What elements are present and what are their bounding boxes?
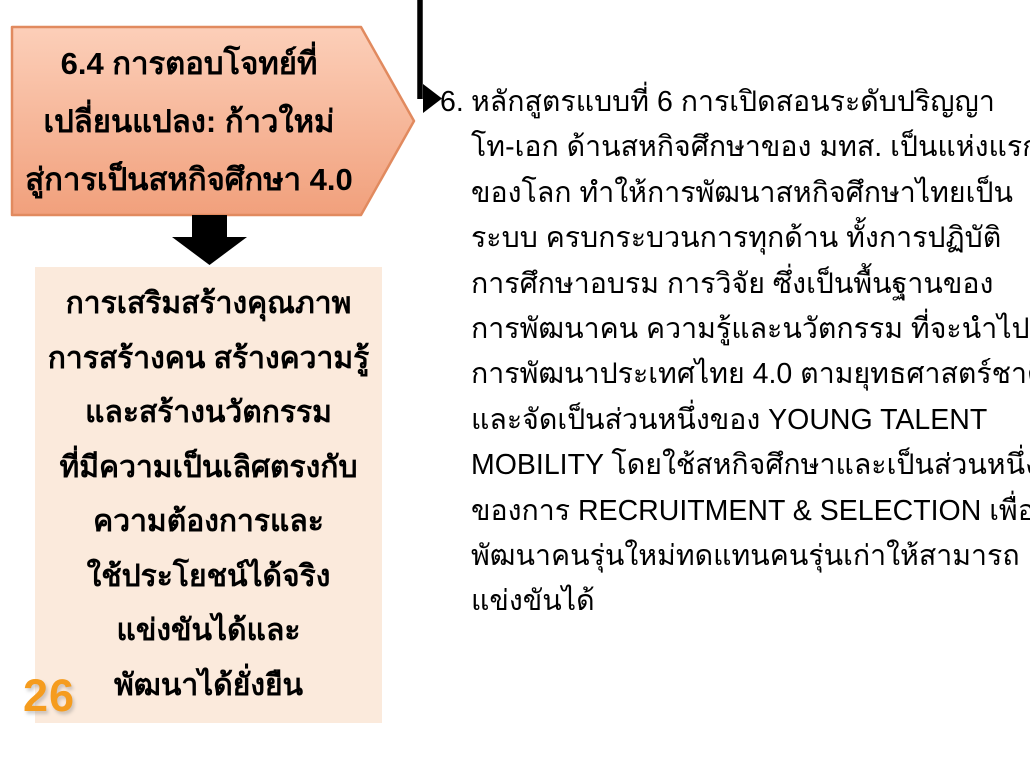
body-line: พัฒนาคนรุ่นใหม่ทดแทนคนรุ่นเก่าให้สามารถ — [471, 534, 1022, 579]
list-marker: 6. — [440, 80, 471, 125]
body-line: ระบบ ครบกระบวนการทุกด้าน ทั้งการปฏิบัติ — [471, 216, 1022, 261]
body-line: แข่งขันได้ — [471, 579, 1022, 624]
body-paragraph: 6.หลักสูตรแบบที่ 6 การเปิดสอนระดับปริญญา… — [440, 80, 1022, 625]
result-box-line: การเสริมสร้างคุณภาพ — [35, 277, 382, 332]
title-line: เปลี่ยนแปลง: ก้าวใหม่ — [14, 93, 364, 151]
body-line: การพัฒนาคน ความรู้และนวัตกรรม ที่จะนำไปส… — [471, 307, 1022, 352]
body-line: การศึกษาอบรม การวิจัย ซึ่งเป็นพื้นฐานของ — [471, 262, 1022, 307]
result-box-line: ความต้องการและ — [35, 495, 382, 550]
page-number: 26 — [23, 670, 75, 722]
result-box-line: การสร้างคน สร้างความรู้ — [35, 332, 382, 387]
slide: 6.4 การตอบโจทย์ที่ เปลี่ยนแปลง: ก้าวใหม่… — [0, 0, 1030, 758]
result-box-line: แข่งขันได้และ — [35, 604, 382, 659]
result-box-line: ใช้ประโยชน์ได้จริง — [35, 550, 382, 605]
title-line: 6.4 การตอบโจทย์ที่ — [14, 35, 364, 93]
body-line-text: หลักสูตรแบบที่ 6 การเปิดสอนระดับปริญญา — [471, 86, 995, 118]
body-line: 6.หลักสูตรแบบที่ 6 การเปิดสอนระดับปริญญา — [440, 80, 1022, 125]
title-arrow: 6.4 การตอบโจทย์ที่ เปลี่ยนแปลง: ก้าวใหม่… — [14, 34, 364, 210]
result-box: การเสริมสร้างคุณภาพ การสร้างคน สร้างความ… — [35, 267, 382, 723]
result-box-line: พัฒนาได้ยั่งยืน — [35, 659, 382, 714]
body-line: ของการ RECRUITMENT & SELECTION เพื่อ — [471, 489, 1022, 534]
body-line: โท-เอก ด้านสหกิจศึกษาของ มทส. เป็นแห่งแร… — [471, 125, 1022, 170]
body-line: การพัฒนาประเทศไทย 4.0 ตามยุทธศาสตร์ชาติ — [471, 352, 1022, 397]
title-line: สู่การเป็นสหกิจศึกษา 4.0 — [14, 151, 364, 209]
body-line: และจัดเป็นส่วนหนึ่งของ YOUNG TALENT — [471, 398, 1022, 443]
result-box-line: ที่มีความเป็นเลิศตรงกับ — [35, 441, 382, 496]
body-line: MOBILITY โดยใช้สหกิจศึกษาและเป็นส่วนหนึ่… — [471, 443, 1022, 488]
body-line: ของโลก ทำให้การพัฒนาสหกิจศึกษาไทยเป็น — [471, 171, 1022, 216]
result-box-line: และสร้างนวัตกรรม — [35, 386, 382, 441]
down-arrow-icon — [172, 215, 252, 266]
